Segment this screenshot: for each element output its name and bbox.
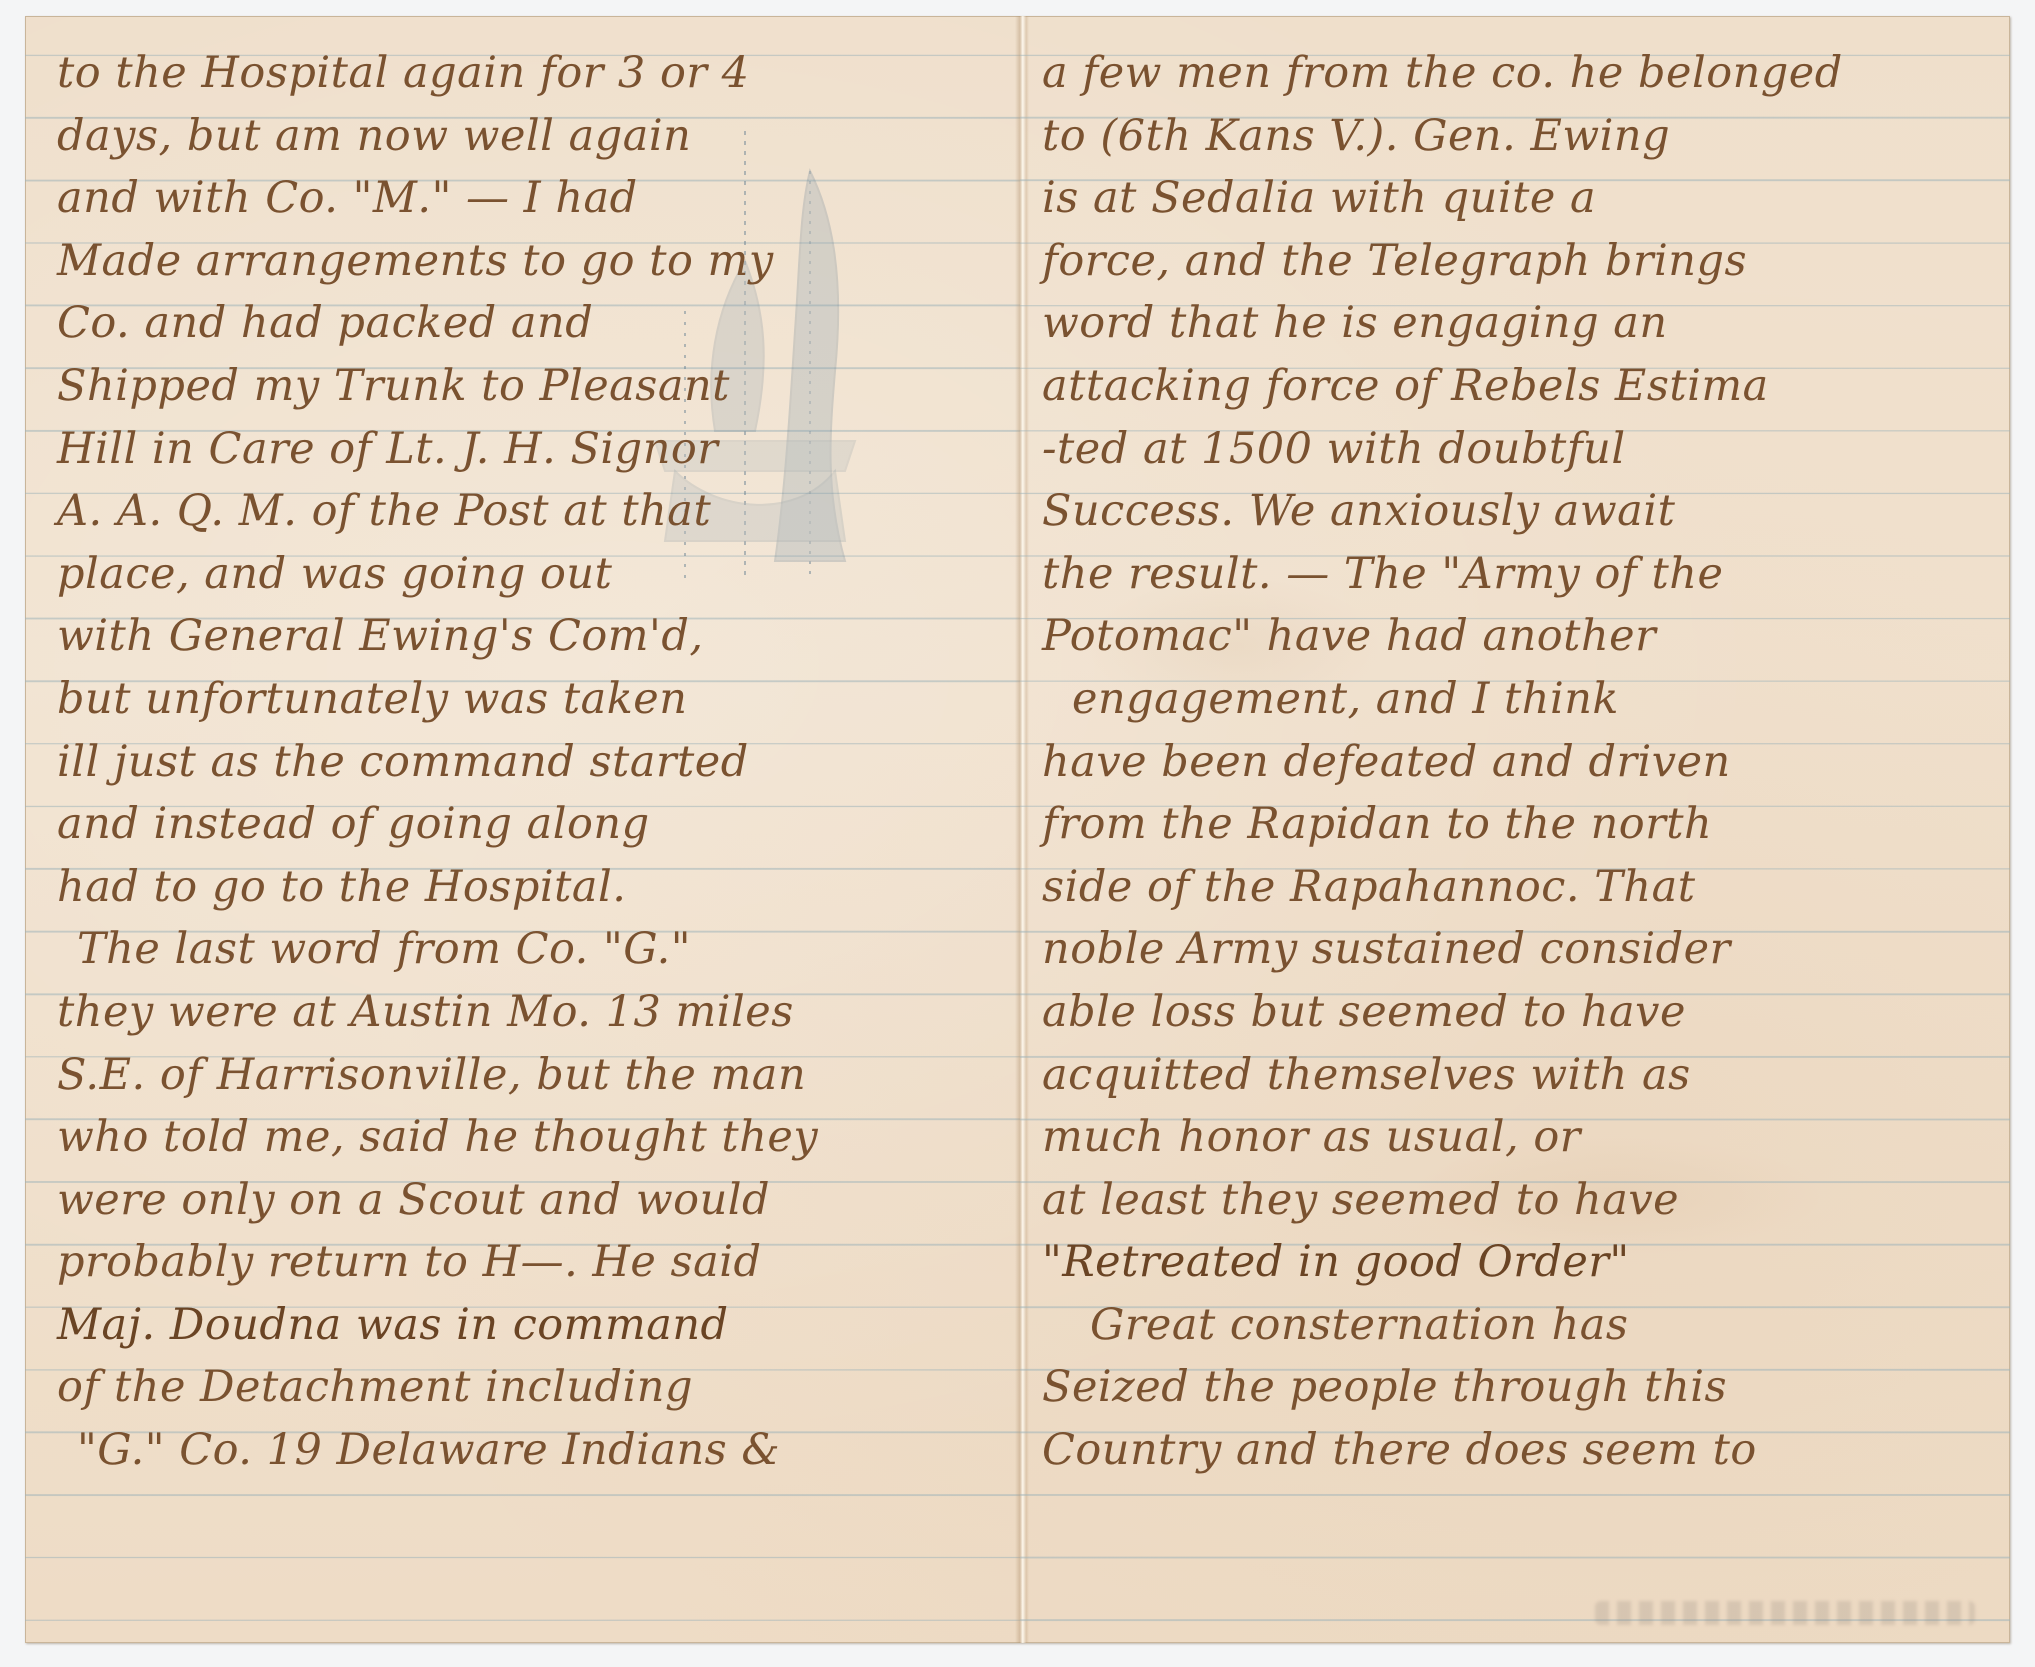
text-line: -ted at 1500 with doubtful xyxy=(1020,418,2010,481)
text-line: from the Rapidan to the north xyxy=(1020,793,2010,856)
text-line: who told me, said he thought they xyxy=(25,1106,1020,1169)
text-line: the result. — The "Army of the xyxy=(1020,543,2010,606)
text-line: to (6th Kans V.). Gen. Ewing xyxy=(1020,105,2010,168)
text-line: place, and was going out xyxy=(25,543,1020,606)
text-line: they were at Austin Mo. 13 miles xyxy=(25,981,1020,1044)
text-line: noble Army sustained consider xyxy=(1020,918,2010,981)
text-line: days, but am now well again xyxy=(25,105,1020,168)
text-line: have been defeated and driven xyxy=(1020,731,2010,794)
text-line: Country and there does seem to xyxy=(1020,1419,2010,1482)
text-line: "Retreated in good Order" xyxy=(1020,1231,2010,1294)
text-line: Success. We anxiously await xyxy=(1020,480,2010,543)
text-line: of the Detachment including xyxy=(25,1356,1020,1419)
text-line: A. A. Q. M. of the Post at that xyxy=(25,480,1020,543)
scanned-letter: to the Hospital again for 3 or 4 days, b… xyxy=(0,0,2035,1667)
text-line: attacking force of Rebels Estima xyxy=(1020,355,2010,418)
text-line: S.E. of Harrisonville, but the man xyxy=(25,1044,1020,1107)
left-page-lines: to the Hospital again for 3 or 4 days, b… xyxy=(25,56,1020,1496)
text-line: Co. and had packed and xyxy=(25,292,1020,355)
text-line: at least they seemed to have xyxy=(1020,1169,2010,1232)
text-line: Shipped my Trunk to Pleasant xyxy=(25,355,1020,418)
text-line: acquitted themselves with as xyxy=(1020,1044,2010,1107)
text-line: to the Hospital again for 3 or 4 xyxy=(25,42,1020,105)
text-line: and with Co. "M." — I had xyxy=(25,167,1020,230)
right-page-lines: a few men from the co. he belonged to (6… xyxy=(1020,56,2010,1496)
text-line: side of the Rapahannoc. That xyxy=(1020,856,2010,919)
left-page: to the Hospital again for 3 or 4 days, b… xyxy=(25,16,1020,1643)
text-line: Made arrangements to go to my xyxy=(25,230,1020,293)
text-line: able loss but seemed to have xyxy=(1020,981,2010,1044)
text-line: a few men from the co. he belonged xyxy=(1020,42,2010,105)
text-line: Great consternation has xyxy=(1020,1294,2010,1357)
text-line: The last word from Co. "G." xyxy=(25,918,1020,981)
text-line: Hill in Care of Lt. J. H. Signor xyxy=(25,418,1020,481)
text-line: Potomac" have had another xyxy=(1020,605,2010,668)
text-line: with General Ewing's Com'd, xyxy=(25,605,1020,668)
text-line: were only on a Scout and would xyxy=(25,1169,1020,1232)
text-line: force, and the Telegraph brings xyxy=(1020,230,2010,293)
text-line: Maj. Doudna was in command xyxy=(25,1294,1020,1357)
text-line: but unfortunately was taken xyxy=(25,668,1020,731)
text-line: engagement, and I think xyxy=(1020,668,2010,731)
text-line: and instead of going along xyxy=(25,793,1020,856)
text-line: word that he is engaging an xyxy=(1020,292,2010,355)
text-line: had to go to the Hospital. xyxy=(25,856,1020,919)
text-line: Seized the people through this xyxy=(1020,1356,2010,1419)
text-line: much honor as usual, or xyxy=(1020,1106,2010,1169)
text-line: is at Sedalia with quite a xyxy=(1020,167,2010,230)
text-line: ill just as the command started xyxy=(25,731,1020,794)
text-line: probably return to H—. He said xyxy=(25,1231,1020,1294)
paper-sheet: to the Hospital again for 3 or 4 days, b… xyxy=(25,16,2010,1643)
text-line: "G." Co. 19 Delaware Indians & xyxy=(25,1419,1020,1482)
right-page: a few men from the co. he belonged to (6… xyxy=(1020,16,2010,1643)
